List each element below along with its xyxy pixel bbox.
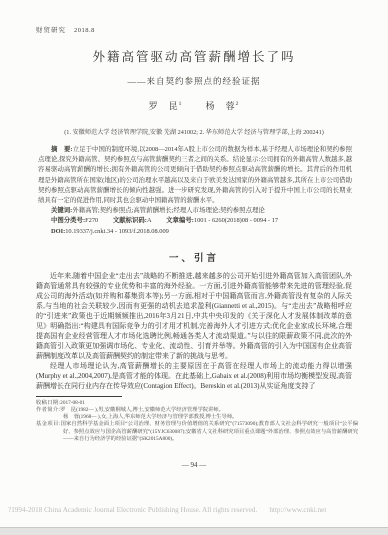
footnotes-block: 收稿日期:2017-08-01 作者简介:罗 昆(1982— ),男,安徽桐城人… xyxy=(36,400,358,443)
abstract-block: 摘 要:立足于中国的制度环境,以2008—2014年A股上市公司的数据为样本,基… xyxy=(38,145,352,237)
author-2: 杨 蓉2 xyxy=(206,101,240,111)
author-2-affil-mark: 2 xyxy=(236,101,240,107)
article-subtitle: ——来自契约参照点的经验证据 xyxy=(0,75,388,87)
clc-number: 中图分类号:F270 xyxy=(51,217,98,224)
keywords-label: 关键词: xyxy=(51,207,72,214)
author-2-name: 杨 蓉 xyxy=(206,101,236,111)
document-code: 文献标识码:A xyxy=(113,217,152,224)
cnki-copyright-footer: ?1994-2018 China Academic Journal Electr… xyxy=(8,506,380,514)
cnki-url: http://www.cnki.net xyxy=(269,506,326,514)
abstract-paragraph: 摘 要:立足于中国的制度环境,以2008—2014年A股上市公司的数据为样本,基… xyxy=(38,145,352,206)
footnote-received-date: 收稿日期:2017-08-01 xyxy=(36,400,358,407)
author-1-name: 罗 昆 xyxy=(149,101,179,111)
author-1-affil-mark: 1 xyxy=(179,101,183,107)
document-page: 财贸研究2018.8 外籍高管驱动高管薪酬增长了吗 ——来自契约参照点的经验证据… xyxy=(0,0,388,535)
copyright-text: ?1994-2018 China Academic Journal Electr… xyxy=(8,506,257,514)
doi-label: DOI: xyxy=(51,228,65,235)
doi-line: DOI:10.19337/j.cnki.34 - 1093/f.2018.08.… xyxy=(38,227,352,237)
body-paragraph-2: 经理人市场理论认为,高管薪酬增长的主要原因在于高管在经理人市场上的流动能力得以增… xyxy=(36,361,352,391)
doi-value: 10.19337/j.cnki.34 - 1093/f.2018.08.009 xyxy=(65,228,169,235)
journal-header: 财贸研究2018.8 xyxy=(36,0,388,34)
article-title: 外籍高管驱动高管薪酬增长了吗 xyxy=(0,47,388,65)
body-text: 近年来,随着中国企业“走出去”战略的不断推进,越来越多的公司开始引进外籍高管加入… xyxy=(36,271,352,391)
scan-edge-strip xyxy=(0,527,388,535)
authors-line: 罗 昆1 杨 蓉2 xyxy=(0,99,388,112)
classification-line: 中图分类号:F270 文献标识码:A 文章编号:1001 - 6260(2018… xyxy=(38,216,352,226)
footnote-funding: 基金项目:国家自然科学基金面上项目“公司治理、财务管理与价值增值的关系研究”(7… xyxy=(36,421,358,443)
page-number: — 94 — xyxy=(0,461,388,469)
author-1: 罗 昆1 xyxy=(149,101,183,111)
abstract-label: 摘 要: xyxy=(51,146,73,153)
journal-issue: 2018.8 xyxy=(74,27,95,34)
keywords-line: 关键词:外籍高管;契约参照点;高管薪酬增长;经理人市场理论;契约参照点理论 xyxy=(38,206,352,216)
affiliation-line: (1. 安徽师范大学 经济管理学院,安徽 芜湖 241002; 2. 华东师范大… xyxy=(0,127,388,136)
journal-name: 财贸研究 xyxy=(36,27,66,34)
keywords-text: 外籍高管;契约参照点;高管薪酬增长;经理人市场理论;契约参照点理论 xyxy=(72,207,264,214)
abstract-text: 立足于中国的制度环境,以2008—2014年A股上市公司的数据为样本,基于经理人… xyxy=(38,146,352,204)
section-heading-introduction: 一、引言 xyxy=(0,250,388,264)
body-paragraph-1: 近年来,随着中国企业“走出去”战略的不断推进,越来越多的公司开始引进外籍高管加入… xyxy=(36,271,352,361)
article-number: 文章编号:1001 - 6260(2018)08 - 0094 - 17 xyxy=(166,217,278,224)
footnote-divider xyxy=(36,396,122,397)
